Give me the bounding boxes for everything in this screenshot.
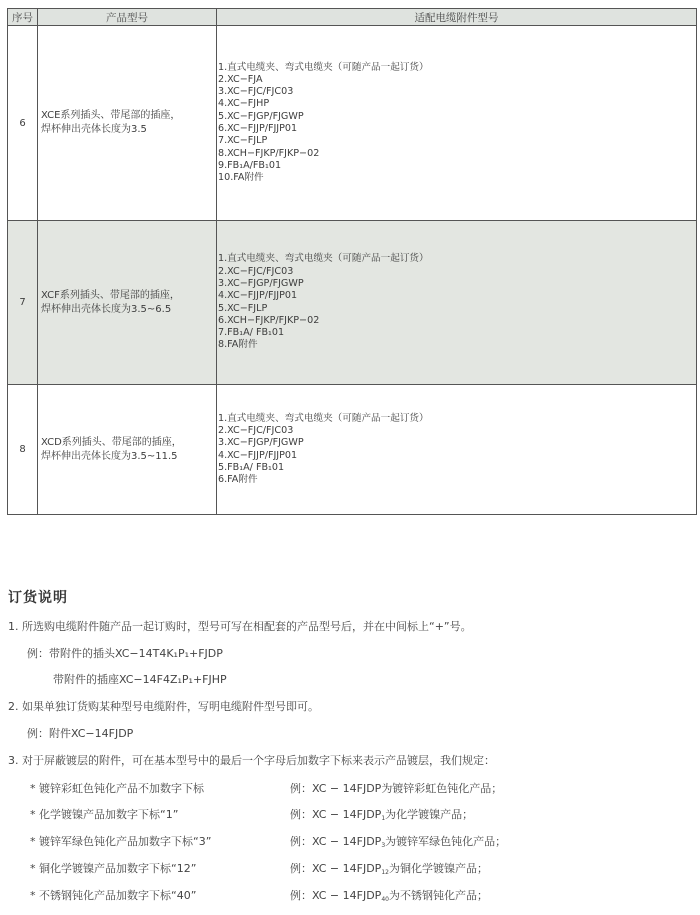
plating-rule: * 化学镀镍产品加数字下标“1” bbox=[30, 806, 178, 822]
list-item: 1.直式电缆夹、弯式电缆夹（可随产品一起订货） bbox=[218, 253, 696, 265]
note-item-1-example-2: 带附件的插座XC−14F4Z₁P₁+FJHP bbox=[53, 671, 227, 687]
header-no: 序号 bbox=[8, 9, 38, 26]
accessory-models: 1.直式电缆夹、弯式电缆夹（可随产品一起订货） 2.XC−FJC/FJC03 3… bbox=[217, 221, 697, 385]
list-item: 8.XCH−FJKP/FJKP−02 bbox=[218, 148, 696, 160]
product-line: XCF系列插头、带尾部的插座， bbox=[41, 289, 216, 303]
list-item: 9.FB₁A/FB₁01 bbox=[218, 160, 696, 172]
list-item: 6.FA附件 bbox=[218, 474, 696, 486]
plating-rule: * 不锈钢钝化产品加数字下标“40” bbox=[30, 887, 196, 903]
plating-rule: * 镀锌军绿色钝化产品加数字下标“3” bbox=[30, 833, 211, 849]
product-line: 焊杯伸出壳体长度为3.5~11.5 bbox=[41, 450, 216, 464]
example-suffix: 为铜化学镀镍产品； bbox=[389, 862, 488, 875]
accessory-spec-table: 序号 产品型号 适配电缆附件型号 6 XCE系列插头、带尾部的插座， 焊杯伸出壳… bbox=[7, 8, 697, 515]
plating-example: 例：XC − 14FJDP12为铜化学镀镍产品； bbox=[290, 860, 488, 876]
list-item: 2.XC−FJC/FJC03 bbox=[218, 425, 696, 437]
list-item: 6.XCH−FJKP/FJKP−02 bbox=[218, 315, 696, 327]
example-suffix: 为镀锌彩虹色钝化产品； bbox=[381, 782, 502, 795]
note-item-1: 1. 所选购电缆附件随产品一起订购时，型号可写在相配套的产品型号后，并在中间标上… bbox=[8, 618, 472, 634]
note-item-1-example-1: 例：带附件的插头XC−14T4K₁P₁+FJDP bbox=[27, 645, 223, 661]
plating-rule: * 铜化学镀镍产品加数字下标“12” bbox=[30, 860, 196, 876]
accessory-models: 1.直式电缆夹、弯式电缆夹（可随产品一起订货） 2.XC−FJA 3.XC−FJ… bbox=[217, 26, 697, 221]
table-row: 8 XCD系列插头、带尾部的插座， 焊杯伸出壳体长度为3.5~11.5 1.直式… bbox=[8, 385, 697, 515]
product-line: 焊杯伸出壳体长度为3.5 bbox=[41, 123, 216, 137]
product-line: XCE系列插头、带尾部的插座， bbox=[41, 109, 216, 123]
section-title: 订货说明 bbox=[8, 587, 698, 609]
list-item: 3.XC−FJGP/FJGWP bbox=[218, 278, 696, 290]
example-prefix: 例：XC − 14FJDP bbox=[290, 889, 381, 902]
list-item: 6.XC−FJJP/FJJP01 bbox=[218, 123, 696, 135]
list-item: 8.FA附件 bbox=[218, 339, 696, 351]
list-item: 5.XC−FJLP bbox=[218, 303, 696, 315]
product-model: XCD系列插头、带尾部的插座， 焊杯伸出壳体长度为3.5~11.5 bbox=[38, 385, 217, 515]
example-prefix: 例：XC − 14FJDP bbox=[290, 862, 381, 875]
accessory-list: 1.直式电缆夹、弯式电缆夹（可随产品一起订货） 2.XC−FJC/FJC03 3… bbox=[218, 253, 696, 351]
list-item: 5.FB₁A/ FB₁01 bbox=[218, 462, 696, 474]
list-item: 4.XC−FJJP/FJJP01 bbox=[218, 450, 696, 462]
example-suffix: 为化学镀镍产品； bbox=[385, 808, 473, 821]
list-item: 1.直式电缆夹、弯式电缆夹（可随产品一起订货） bbox=[218, 62, 696, 74]
list-item: 10.FA附件 bbox=[218, 172, 696, 184]
table-row: 6 XCE系列插头、带尾部的插座， 焊杯伸出壳体长度为3.5 1.直式电缆夹、弯… bbox=[8, 26, 697, 221]
plating-example: 例：XC − 14FJDP1为化学镀镍产品； bbox=[290, 806, 473, 822]
list-item: 7.XC−FJLP bbox=[218, 135, 696, 147]
product-model: XCE系列插头、带尾部的插座， 焊杯伸出壳体长度为3.5 bbox=[38, 26, 217, 221]
note-item-3: 3. 对于屏蔽镀层的附件，可在基本型号中的最后一个字母后加数字下标来表示产品镀层… bbox=[8, 752, 495, 768]
list-item: 4.XC−FJJP/FJJP01 bbox=[218, 290, 696, 302]
example-subscript: 12 bbox=[381, 869, 389, 876]
note-item-2: 2. 如果单独订货购某种型号电缆附件，写明电缆附件型号即可。 bbox=[8, 698, 319, 714]
list-item: 3.XC−FJC/FJC03 bbox=[218, 86, 696, 98]
product-line: XCD系列插头、带尾部的插座， bbox=[41, 436, 216, 450]
example-prefix: 例：XC − 14FJDP bbox=[290, 835, 381, 848]
row-number: 8 bbox=[8, 385, 38, 515]
list-item: 2.XC−FJA bbox=[218, 74, 696, 86]
accessory-list: 1.直式电缆夹、弯式电缆夹（可随产品一起订货） 2.XC−FJA 3.XC−FJ… bbox=[218, 62, 696, 185]
table-row: 7 XCF系列插头、带尾部的插座， 焊杯伸出壳体长度为3.5~6.5 1.直式电… bbox=[8, 221, 697, 385]
list-item: 5.XC−FJGP/FJGWP bbox=[218, 111, 696, 123]
row-number: 7 bbox=[8, 221, 38, 385]
ordering-notes: 订货说明 bbox=[8, 587, 698, 609]
example-suffix: 为不锈钢钝化产品； bbox=[389, 889, 488, 902]
plating-example: 例：XC − 14FJDP40为不锈钢钝化产品； bbox=[290, 887, 488, 903]
plating-example: 例：XC − 14FJDP为镀锌彩虹色钝化产品； bbox=[290, 780, 502, 796]
example-prefix: 例：XC − 14FJDP bbox=[290, 782, 381, 795]
header-accessories: 适配电缆附件型号 bbox=[217, 9, 697, 26]
accessory-list: 1.直式电缆夹、弯式电缆夹（可随产品一起订货） 2.XC−FJC/FJC03 3… bbox=[218, 413, 696, 487]
product-line: 焊杯伸出壳体长度为3.5~6.5 bbox=[41, 303, 216, 317]
list-item: 7.FB₁A/ FB₁01 bbox=[218, 327, 696, 339]
table-header-row: 序号 产品型号 适配电缆附件型号 bbox=[8, 9, 697, 26]
accessory-models: 1.直式电缆夹、弯式电缆夹（可随产品一起订货） 2.XC−FJC/FJC03 3… bbox=[217, 385, 697, 515]
example-prefix: 例：XC − 14FJDP bbox=[290, 808, 381, 821]
note-item-2-example: 例：附件XC−14FJDP bbox=[27, 725, 133, 741]
row-number: 6 bbox=[8, 26, 38, 221]
product-model: XCF系列插头、带尾部的插座， 焊杯伸出壳体长度为3.5~6.5 bbox=[38, 221, 217, 385]
list-item: 2.XC−FJC/FJC03 bbox=[218, 266, 696, 278]
list-item: 4.XC−FJHP bbox=[218, 98, 696, 110]
plating-example: 例：XC − 14FJDP3为镀锌军绿色钝化产品； bbox=[290, 833, 506, 849]
plating-rule: * 镀锌彩虹色钝化产品不加数字下标 bbox=[30, 780, 204, 796]
example-suffix: 为镀锌军绿色钝化产品； bbox=[385, 835, 506, 848]
header-product: 产品型号 bbox=[38, 9, 217, 26]
list-item: 1.直式电缆夹、弯式电缆夹（可随产品一起订货） bbox=[218, 413, 696, 425]
list-item: 3.XC−FJGP/FJGWP bbox=[218, 437, 696, 449]
example-subscript: 40 bbox=[381, 896, 389, 903]
